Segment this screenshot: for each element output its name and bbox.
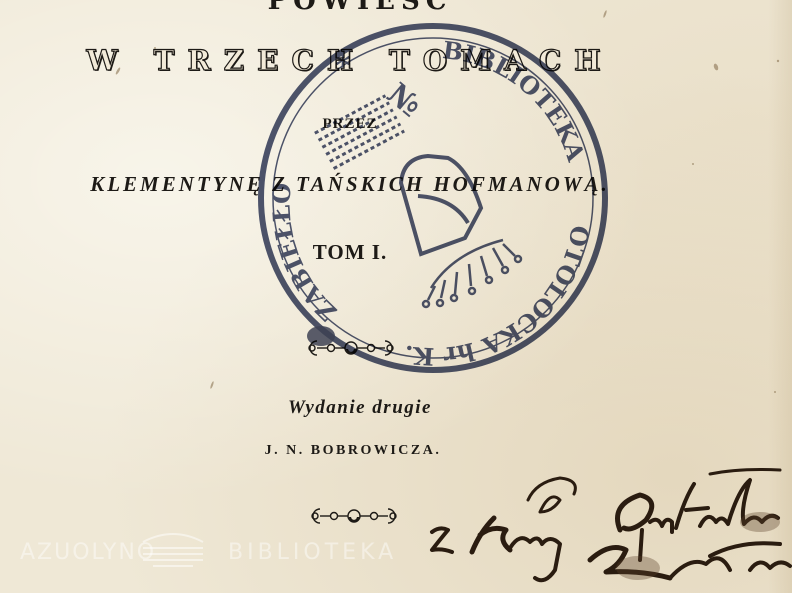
library-stamp-icon: BIBLIOTEKA OTOLOCKA hr K. ZABIEŁŁO № * [253, 18, 613, 378]
book-title-page: POWIEŚĆ W TRZECH TOMACH PRZEZ KLEMENTYNĘ… [0, 0, 792, 593]
watermark-right-text: BIBLIOTEKA [228, 540, 397, 565]
ornament-bottom-icon [306, 505, 402, 527]
book-subtitle-partial: POWIEŚĆ [0, 0, 720, 16]
svg-text:ZABIEŁŁO: ZABIEŁŁO [266, 182, 342, 327]
publisher-name: J. N. BOBROWICZA. [0, 443, 706, 459]
watermark-left-text: AZUOLYNO [20, 540, 156, 565]
watermark-logo-icon [138, 528, 208, 572]
handwritten-note [410, 460, 792, 593]
edition-label: Wydanie drugie [0, 397, 720, 419]
stamp-star: * [335, 49, 351, 84]
stamp-number-sign: № [380, 77, 427, 125]
svg-text:BIBLIOTEKA: BIBLIOTEKA [441, 35, 591, 165]
stamp-text-top: BIBLIOTEKA [441, 35, 591, 165]
stamp-text-left: ZABIEŁŁO [266, 182, 342, 327]
